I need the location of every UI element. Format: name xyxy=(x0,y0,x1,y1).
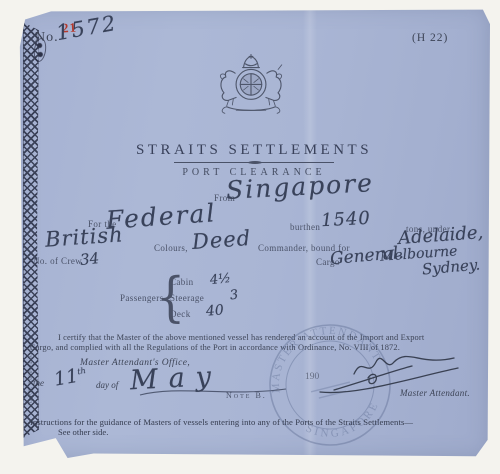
passenger-cabin-value: 4½ xyxy=(209,271,231,288)
date-day-of-label: day of xyxy=(96,380,118,390)
form-code: (H 22) xyxy=(412,32,448,44)
date-the-label: the xyxy=(33,378,44,388)
date-day-handwritten: 11th xyxy=(52,363,88,390)
passenger-deck-label: Deck xyxy=(170,309,191,319)
note-b-label: Note B. xyxy=(226,391,267,400)
colours-label: Colours, xyxy=(154,243,188,253)
signatory-title: Master Attendant. xyxy=(400,388,470,398)
passenger-steerage-label: Steerage xyxy=(170,293,204,303)
colours-value-handwritten: British xyxy=(44,222,124,251)
commander-name-handwritten: Deed xyxy=(191,226,252,254)
crew-label: No. of Crew xyxy=(33,256,82,266)
instructions-line-2: See other side. xyxy=(58,427,108,437)
burthen-value-handwritten: 1540 xyxy=(320,208,371,232)
form-number-label: No. xyxy=(35,30,59,46)
passenger-steerage-value: 3 xyxy=(229,287,239,303)
scanned-document-page: 21 No. 1572 (H 22) xyxy=(0,0,500,474)
passenger-deck-value: 40 xyxy=(205,302,224,319)
form-number-handwritten: 1572 xyxy=(54,11,119,45)
royal-coat-of-arms-icon xyxy=(195,50,307,130)
burthen-label: burthen xyxy=(290,222,320,232)
passenger-cabin-label: Cabin xyxy=(170,277,194,287)
printer-imprint: [G.P.D. 2,000—4-94.] xyxy=(28,341,34,413)
crew-value-handwritten: 34 xyxy=(79,249,100,269)
decorative-rule xyxy=(174,161,334,164)
document-title: STRAITS SETTLEMENTS xyxy=(18,142,490,159)
port-clearance-form: 21 No. 1572 (H 22) xyxy=(18,6,490,458)
destination-3-handwritten: Sydney. xyxy=(421,256,480,279)
instructions-line-1: Instructions for the guidance of Masters… xyxy=(30,417,413,427)
